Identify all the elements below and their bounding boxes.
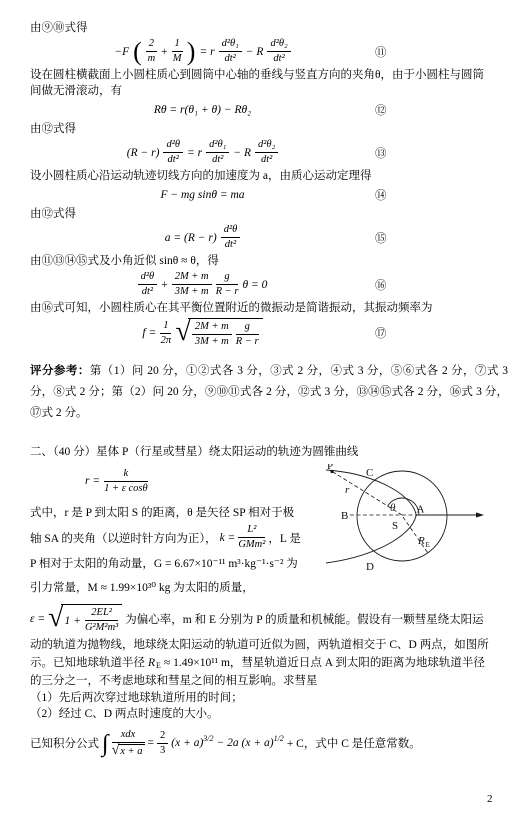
fraction-numerator: 1 [160,320,171,334]
question-1: （1）先后两次穿过地球轨道所用的时间； [30,690,508,706]
document-page: 由⑨⑩式得 −F ( 2m + 1M ) = r d²θ₁dt² − R d²θ… [0,0,528,838]
step-text-5: 由⑫式得 [30,206,508,222]
math-term: f = [142,327,156,339]
orbit-figure-container: P C B S A D θ r R E [326,464,506,599]
radical-sign: √ [175,318,190,346]
figure-label-re-sub: E [426,541,430,549]
math-term: Rθ = r(θ₁ + θ) − Rθ₂ [154,104,251,116]
fraction-numerator: 2M + m [172,271,212,285]
math-term: (R − r) [127,147,160,159]
math-operator: − R [246,46,264,58]
step-text-1: 由⑨⑩式得 [30,20,508,36]
fraction: gR − r [216,271,239,298]
radical-sign: √ [48,604,63,632]
fraction-denominator: 3 [157,744,168,757]
problem-text: 为偏心率，m 和 E 分别为 P 的质量和机械能。假设有一颗彗星绕太阳运 [125,611,483,627]
square-root: √ 2M + m3M + m gR − r [175,318,262,348]
equation-13: (R − r) d²θdt² = r d²θ₁dt² − R d²θ₂dt² ⑬ [30,139,375,166]
fraction: 12π [160,320,171,347]
math-term: (x + a) [171,737,203,749]
fraction-numerator: xdx [112,729,145,743]
axis-arrowhead [476,512,484,517]
equation-16: d²θdt² + 2M + m3M + m gR − r θ = 0 ⑯ [30,271,375,298]
figure-label-r: r [345,484,350,496]
math-term: = r [199,46,214,58]
fraction-numerator: 2 [146,38,157,52]
math-term: R [148,654,155,672]
problem-2-block: r = k1 + ε cosθ 式中，r 是 P 到太阳 S 的距离，θ 是矢径… [30,462,508,599]
fraction-numerator: g [236,321,259,335]
fraction: d²θ₂dt² [267,38,290,65]
step-text-2b: 间做无滑滚动，有 [30,83,508,99]
equation-17: f = 12π √ 2M + m3M + m gR − r ⑰ [30,318,375,348]
fraction-denominator: R − r [236,335,259,348]
math-term: θ = 0 [242,279,267,291]
figure-label-s: S [392,520,398,532]
math-superscript: 1/2 [274,734,284,743]
fraction-denominator: 3M + m [172,285,212,298]
fraction-numerator: d²θ₁ [206,139,229,153]
fraction-denominator: 1 + ε cosθ [104,482,148,495]
equation-number: ⑰ [375,325,387,341]
math-term: 1 + [65,615,81,627]
fraction-numerator: 2EL² [85,607,118,621]
step-text-7: 由⑯式可知，小圆柱质心在其平衡位置附近的微振动是简谐振动，其振动频率为 [30,300,508,316]
figure-label-d: D [366,561,374,573]
math-term: a = (R − r) [165,232,217,244]
equation-number: ⑭ [375,187,387,203]
problem-text-line: 的三分之一，不考虑地球和彗星之间的相互影响。求彗星 [30,672,508,690]
fraction: 2M + m3M + m [192,321,232,348]
fraction-denominator: GMm² [238,538,265,551]
fraction: 1M [172,38,183,65]
fraction-denominator: M [172,52,183,65]
fraction: 2M + m3M + m [172,271,212,298]
radicand: 1 + 2EL²G²M²m³ [61,604,123,634]
figure-label-a: A [417,504,425,516]
problem-text-line: 轴 SA 的夹角（以逆时针方向为正）， k = L²GMm² ，L 是 [30,524,322,551]
fraction: gR − r [236,321,259,348]
problem-text: 已知积分公式 [30,735,99,751]
math-operator: + [161,46,168,58]
equation-17-body: f = 12π √ 2M + m3M + m gR − r [142,318,262,348]
document-content: 由⑨⑩式得 −F ( 2m + 1M ) = r d²θ₁dt² − R d²θ… [0,0,528,761]
fraction-denominator: dt² [267,52,290,65]
fraction-numerator: 1 [172,38,183,52]
fraction: d²θ₁dt² [219,38,242,65]
fraction-denominator: G²M²m³ [85,621,118,634]
equation-11-body: −F ( 2m + 1M ) = r d²θ₁dt² − R d²θ₂dt² [114,38,290,65]
fraction-numerator: k [104,468,148,482]
equation-16-body: d²θdt² + 2M + m3M + m gR − r θ = 0 [138,271,268,298]
fraction-numerator: d²θ [138,271,158,285]
math-term: −F [114,46,129,58]
fraction-denominator: dt² [219,52,242,65]
equation-11: −F ( 2m + 1M ) = r d²θ₁dt² − R d²θ₂dt² ⑪ [30,38,375,65]
problem-text: 示。已知地球轨道半径 [30,654,145,672]
scoring-label: 评分参考： [30,365,90,377]
math-operator: − R [233,147,251,159]
problem-2-text-column: r = k1 + ε cosθ 式中，r 是 P 到太阳 S 的距离，θ 是矢径… [30,462,322,599]
step-text-6: 由⑪⑬⑭⑮式及小角近似 sinθ ≈ θ，得 [30,253,508,269]
equation-number: ⑬ [375,145,387,161]
step-text-4: 设小圆柱质心沿运动轨迹切线方向的加速度为 a，由质心运动定理得 [30,168,508,184]
math-term: ε = [30,613,45,625]
fraction-denominator: dt² [163,153,183,166]
problem-text-line: 动的轨道为抛物线，地球绕太阳运动的轨道可近似为圆，两轨道相交于 C、D 两点，如… [30,636,508,654]
fraction: L²GMm² [238,524,265,551]
fraction: 23 [157,730,168,757]
fraction-numerator: d²θ [163,139,183,153]
fraction: 2m [146,38,157,65]
problem-text-line: 引力常量，M ≈ 1.99×10³⁰ kg 为太阳的质量， [30,575,322,599]
fraction: d²θdt² [221,224,241,251]
problem-text: ≈ 1.49×10¹¹ m，彗星轨道近日点 A 到太阳的距离为地球轨道半径 [164,654,485,672]
problem-text: + C，式中 C 是任意常数。 [287,735,421,751]
page-number: 2 [487,793,493,805]
problem-2-title: 二、（40 分）星体 P（行星或彗星）绕太阳运动的轨迹为圆锥曲线 [30,444,508,460]
equation-number: ⑫ [375,102,387,118]
fraction-denominator: 3M + m [192,335,232,348]
math-term: = r [187,147,202,159]
question-2: （2）经过 C、D 两点时速度的大小。 [30,706,508,722]
fraction-denominator: dt² [206,153,229,166]
fraction-numerator: L² [238,524,265,538]
problem-text: 轴 SA 的夹角（以逆时针方向为正）， [30,530,217,546]
fraction-denominator: 2π [160,334,171,347]
fraction: d²θdt² [138,271,158,298]
square-root: √ 1 + 2EL²G²M²m³ [48,604,122,634]
fraction: d²θdt² [163,139,183,166]
equation-number: ⑯ [375,277,387,293]
equation-13-body: (R − r) d²θdt² = r d²θ₁dt² − R d²θ₂dt² [127,139,278,166]
fraction-denominator: m [146,52,157,65]
radicand: x + a [118,744,144,758]
math-superscript: 3/2 [203,734,213,743]
fraction-numerator: 2M + m [192,321,232,335]
scoring-text: 第（1）问 20 分，①②式各 3 分，③式 2 分，④式 3 分，⑤⑥式各 2… [30,365,508,419]
problem-text-line: ε = √ 1 + 2EL²G²M²m³ 为偏心率，m 和 E 分别为 P 的质… [30,602,508,636]
step-text-2: 设在圆柱横截面上小圆柱质心到圆筒中心轴的垂线与竖直方向的夹角θ，由于小圆柱与圆筒 [30,67,508,83]
conic-equation: r = k1 + ε cosθ [30,466,322,496]
fraction-numerator: 2 [157,730,168,744]
figure-label-p: P [327,464,333,472]
integral-formula-line: 已知积分公式 ∫ xdx √ x + a = 23 (x + a) 3/2 − … [30,725,508,761]
fraction-numerator: d²θ₁ [219,38,242,52]
equation-number: ⑮ [375,230,387,246]
figure-label-b: B [341,510,348,522]
figure-label-re: R [417,535,425,547]
orbit-figure: P C B S A D θ r R E [326,464,506,589]
earth-orbit-circle [357,471,447,561]
radicand: 2M + m3M + m gR − r [188,318,263,348]
math-subscript: E [156,657,161,675]
equation-number: ⑪ [375,44,387,60]
fraction-denominator: dt² [221,238,241,251]
problem-text-line: 式中，r 是 P 到太阳 S 的距离，θ 是矢径 SP 相对于极 [30,500,322,524]
right-paren: ) [187,40,196,63]
fraction-denominator: dt² [255,153,278,166]
problem-text: ，L 是 [268,530,300,546]
fraction-denominator: dt² [138,285,158,298]
fraction-numerator: d²θ₂ [255,139,278,153]
math-term: F − mg sinθ = ma [160,189,244,201]
math-term: r = [85,475,100,487]
equation-14-body: F − mg sinθ = ma [160,189,244,201]
fraction: k1 + ε cosθ [104,468,148,495]
equation-12-body: Rθ = r(θ₁ + θ) − Rθ₂ [154,104,251,116]
fraction: xdx √ x + a [112,729,145,758]
figure-label-theta: θ [390,502,396,514]
equation-15: a = (R − r) d²θdt² ⑮ [30,224,375,251]
math-term: k = [220,532,236,544]
equation-15-body: a = (R − r) d²θdt² [165,224,241,251]
fraction-numerator: d²θ₂ [267,38,290,52]
left-paren: ( [133,40,142,63]
problem-text-line: P 相对于太阳的角动量，G = 6.67×10⁻¹¹ m³·kg⁻¹·s⁻² 为 [30,551,322,575]
equation-14: F − mg sinθ = ma ⑭ [30,186,375,204]
math-operator: + [161,279,168,291]
fraction: 2EL²G²M²m³ [85,607,118,634]
fraction: d²θ₁dt² [206,139,229,166]
problem-text-line: 示。已知地球轨道半径 R E ≈ 1.49×10¹¹ m，彗星轨道近日点 A 到… [30,654,508,672]
fraction-denominator: √ x + a [112,743,145,758]
fraction-denominator: R − r [216,285,239,298]
figure-label-c: C [366,467,373,479]
step-text-3: 由⑫式得 [30,121,508,137]
math-term: − 2a (x + a) [217,737,274,749]
fraction: d²θ₂dt² [255,139,278,166]
scoring-note: 评分参考：第（1）问 20 分，①②式各 3 分，③式 2 分，④式 3 分，⑤… [30,361,508,424]
equation-12: Rθ = r(θ₁ + θ) − Rθ₂ ⑫ [30,101,375,119]
math-operator: = [148,737,155,749]
fraction-numerator: d²θ [221,224,241,238]
fraction-numerator: g [216,271,239,285]
integral-sign: ∫ [102,732,109,756]
